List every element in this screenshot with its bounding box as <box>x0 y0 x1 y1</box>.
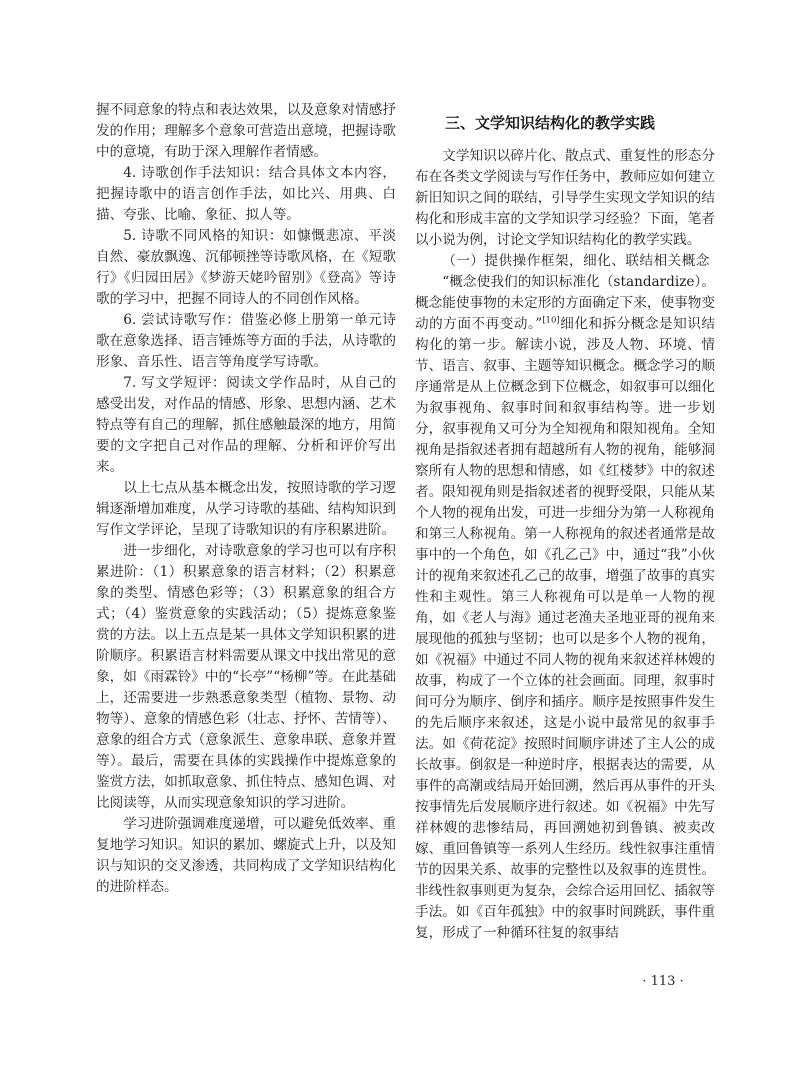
reference-marker: [10] <box>542 315 559 325</box>
body-text: 细化和拆分概念是知识结构化的第一步。解读小说，涉及人物、环境、情节、语言、叙事、… <box>415 316 715 941</box>
section-heading: 三、文学知识结构化的教学实践 <box>415 113 715 134</box>
paragraph: “概念使我们的知识标准化（standardize）。概念能使事物的未定形的方面确… <box>415 272 715 944</box>
right-column: 三、文学知识结构化的教学实践 文学知识以碎片化、散点式、重复性的形态分布在各类文… <box>415 100 715 944</box>
paragraph: 握不同意象的特点和表达效果，以及意象对情感抒发的作用；理解多个意象可营造出意境，… <box>96 100 396 163</box>
left-column: 握不同意象的特点和表达效果，以及意象对情感抒发的作用；理解多个意象可营造出意境，… <box>96 100 396 898</box>
document-page: 握不同意象的特点和表达效果，以及意象对情感抒发的作用；理解多个意象可营造出意境，… <box>0 0 800 1077</box>
paragraph: 以上七点从基本概念出发，按照诗歌的学习逻辑逐渐增加难度，从学习诗歌的基础、结构知… <box>96 478 396 541</box>
paragraph: 7. 写文学短评：阅读文学作品时，从自己的感受出发，对作品的情感、形象、思想内涵… <box>96 373 396 478</box>
page-number: · 113 · <box>613 974 713 989</box>
paragraph: 5. 诗歌不同风格的知识：如慷慨悲凉、平淡自然、豪放飘逸、沉郁顿挫等诗歌风格，在… <box>96 226 396 310</box>
paragraph: 学习进阶强调难度递增，可以避免低效率、重复地学习知识。知识的累加、螺旋式上升，以… <box>96 814 396 898</box>
paragraph: 进一步细化，对诗歌意象的学习也可以有序积累进阶：（1）积累意象的语言材料；（2）… <box>96 541 396 814</box>
paragraph: 4. 诗歌创作手法知识：结合具体文本内容，把握诗歌中的语言创作手法，如比兴、用典… <box>96 163 396 226</box>
paragraph: 文学知识以碎片化、散点式、重复性的形态分布在各类文学阅读与写作任务中，教师应如何… <box>415 146 715 251</box>
subsection-heading: （一）提供操作框架，细化、联结相关概念 <box>415 251 715 272</box>
paragraph: 6. 尝试诗歌写作：借鉴必修上册第一单元诗歌在意象选择、语言锤炼等方面的手法，从… <box>96 310 396 373</box>
